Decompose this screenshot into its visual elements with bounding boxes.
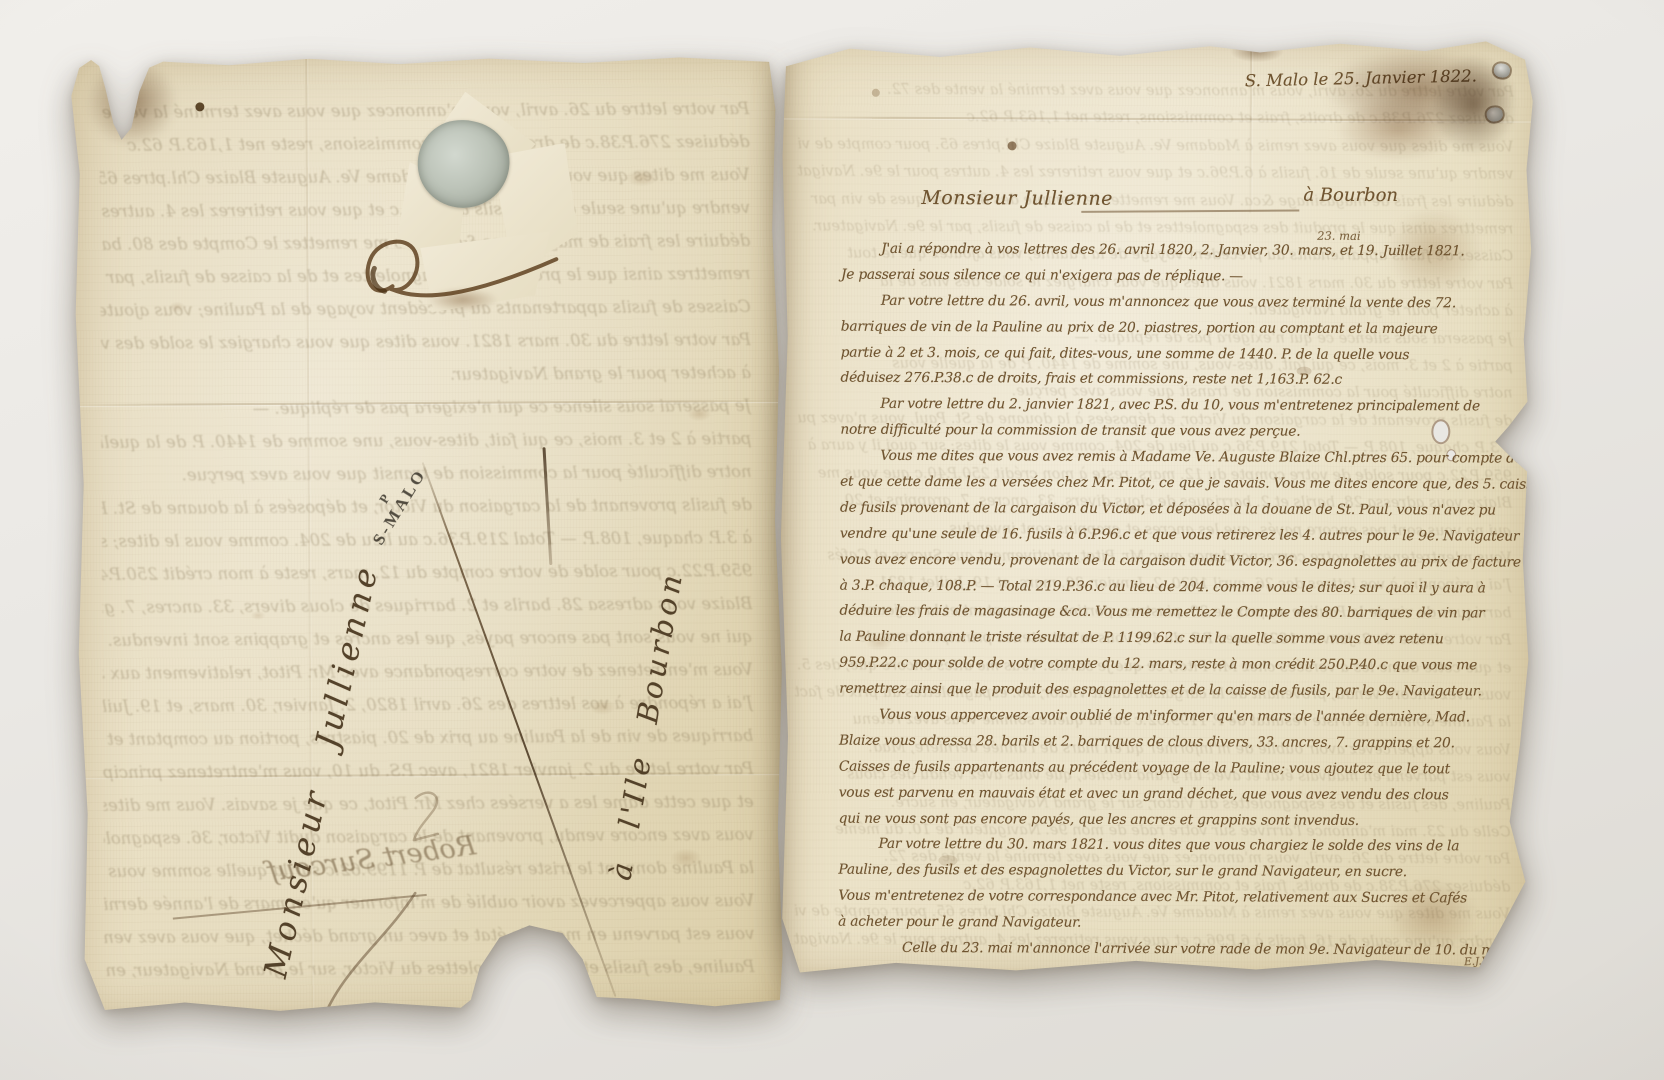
ink-spot xyxy=(1008,141,1017,150)
address-destination: à l'Ile Bourbon xyxy=(603,569,689,883)
body-line: de fusils provenant de la cargaison du V… xyxy=(840,496,1502,525)
destination-note: à Bourbon xyxy=(1303,185,1398,206)
ink-squiggle xyxy=(404,784,454,854)
body-line: Par votre lettre du 26. avril, vous m'an… xyxy=(841,288,1503,317)
fold-crease xyxy=(71,400,783,406)
body-line: Par votre lettre du 2. janvier 1821, ave… xyxy=(840,392,1502,421)
body-line: Vous m'entretenez de votre correspondanc… xyxy=(838,884,1500,913)
showthrough-line: Je passerai sous silence ce qui n'exiger… xyxy=(101,389,751,426)
metal-rivet xyxy=(1493,62,1511,79)
postmark-line: S-MALO xyxy=(352,438,447,576)
salutation-rule xyxy=(1081,209,1299,212)
left-sheet-wrap: Par votre lettre du 26. avril, vous m'an… xyxy=(72,52,784,1017)
foxing-spot xyxy=(169,301,186,312)
dateline: S. Malo le 25. Janvier 1822. xyxy=(1245,66,1477,90)
body-line: à acheter pour le grand Navigateur. xyxy=(838,910,1500,939)
letter-text-page: Par votre lettre du 26. avril, vous m'an… xyxy=(776,36,1536,979)
letter-photograph: Par votre lettre du 26. avril, vous m'an… xyxy=(0,0,1664,1080)
showthrough-line: déduire les frais de magasinage &ca. Vou… xyxy=(797,186,1513,217)
body-line: Vous me dites que vous avez remis à Mada… xyxy=(840,444,1502,473)
body-line: vous avez encore vendu, provenant de la … xyxy=(840,547,1502,576)
body-line: J'ai a répondre à vos lettres des 26. av… xyxy=(841,237,1503,266)
body-line: Vous vous appercevez avoir oublié de m'i… xyxy=(839,703,1501,732)
body-lines: J'ai a répondre à vos lettres des 26. av… xyxy=(838,237,1503,965)
body-line: qui ne vous sont pas encore payés, que l… xyxy=(839,806,1501,835)
ink-slash-stroke xyxy=(422,462,617,997)
burn-stain xyxy=(85,56,178,149)
body-line: vous est parvenu en mauvais état et avec… xyxy=(839,780,1501,809)
body-line: et que cette dame les a versées chez Mr.… xyxy=(840,470,1502,499)
burn-stain xyxy=(1336,97,1462,162)
body-line: déduire les frais de magasinage &ca. Vou… xyxy=(839,599,1501,628)
showthrough-line: déduisez 276.P.38.c de droits, frais et … xyxy=(798,104,1514,135)
body-line: remettrez ainsi que le produit des espag… xyxy=(839,677,1501,706)
metal-rivet xyxy=(1486,106,1504,122)
worm-hole xyxy=(195,102,204,111)
body-line: 959.P.22.c pour solde de votre compte du… xyxy=(839,651,1501,680)
body-line: notre difficulté pour la commission de t… xyxy=(840,418,1502,447)
foxing-spot xyxy=(626,169,658,187)
fold-crease xyxy=(1249,38,1252,213)
foxing-spot xyxy=(872,89,880,97)
ink-stroke xyxy=(542,447,552,565)
showthrough-line: Vous me dites que vous avez remis à Mada… xyxy=(798,131,1514,162)
salutation: Monsieur Jullienne xyxy=(921,187,1113,210)
fold-crease xyxy=(780,116,1536,121)
burn-stain xyxy=(1230,40,1284,62)
body-line: Celle du 23. mai m'annonce l'arrivée sur… xyxy=(838,936,1500,965)
showthrough-line: à acheter pour le grand Navigateur. xyxy=(101,356,751,393)
letter-address-page: Par votre lettre du 26. avril, vous m'an… xyxy=(69,50,787,1019)
body-line: Je passerai sous silence ce qui n'exiger… xyxy=(841,263,1503,292)
body-line: Caisses de fusils appartenants au précéd… xyxy=(839,754,1501,783)
foxing-spot xyxy=(670,848,702,867)
body-line: vendre qu'une seule de 16. fusils à 6.P.… xyxy=(840,521,1502,550)
body-line: la Pauline donnant le triste résultat de… xyxy=(839,625,1501,654)
body-line: partie à 2 et 3. mois, ce qui fait, dite… xyxy=(841,340,1503,369)
body-line: Pauline, des fusils et des espagnolettes… xyxy=(838,858,1500,887)
showthrough-line: vendre qu'une seule de 16. fusils à 6.P.… xyxy=(797,159,1513,190)
right-sheet-wrap: Par votre lettre du 26. avril, vous m'an… xyxy=(778,38,1534,978)
body-line: à 3.P. chaque, 108.P. — Total 219.P.36.c… xyxy=(840,573,1502,602)
body-line: déduisez 276.P.38.c de droits, frais et … xyxy=(841,366,1503,395)
foxing-spot xyxy=(589,699,616,715)
signature-tail-flourish xyxy=(287,885,438,1046)
rate-mark-flourish xyxy=(360,227,566,313)
body-line: barriques de vin de la Pauline au prix d… xyxy=(841,314,1503,343)
burn-stain xyxy=(1325,49,1510,132)
body-line: Par votre lettre du 30. mars 1821. vous … xyxy=(838,832,1500,861)
foxing-spot xyxy=(250,611,265,620)
fold-crease xyxy=(73,772,785,778)
body-line: Blaize vous adressa 28. barils et 2. bar… xyxy=(839,729,1501,758)
foxing-spot xyxy=(687,406,711,421)
